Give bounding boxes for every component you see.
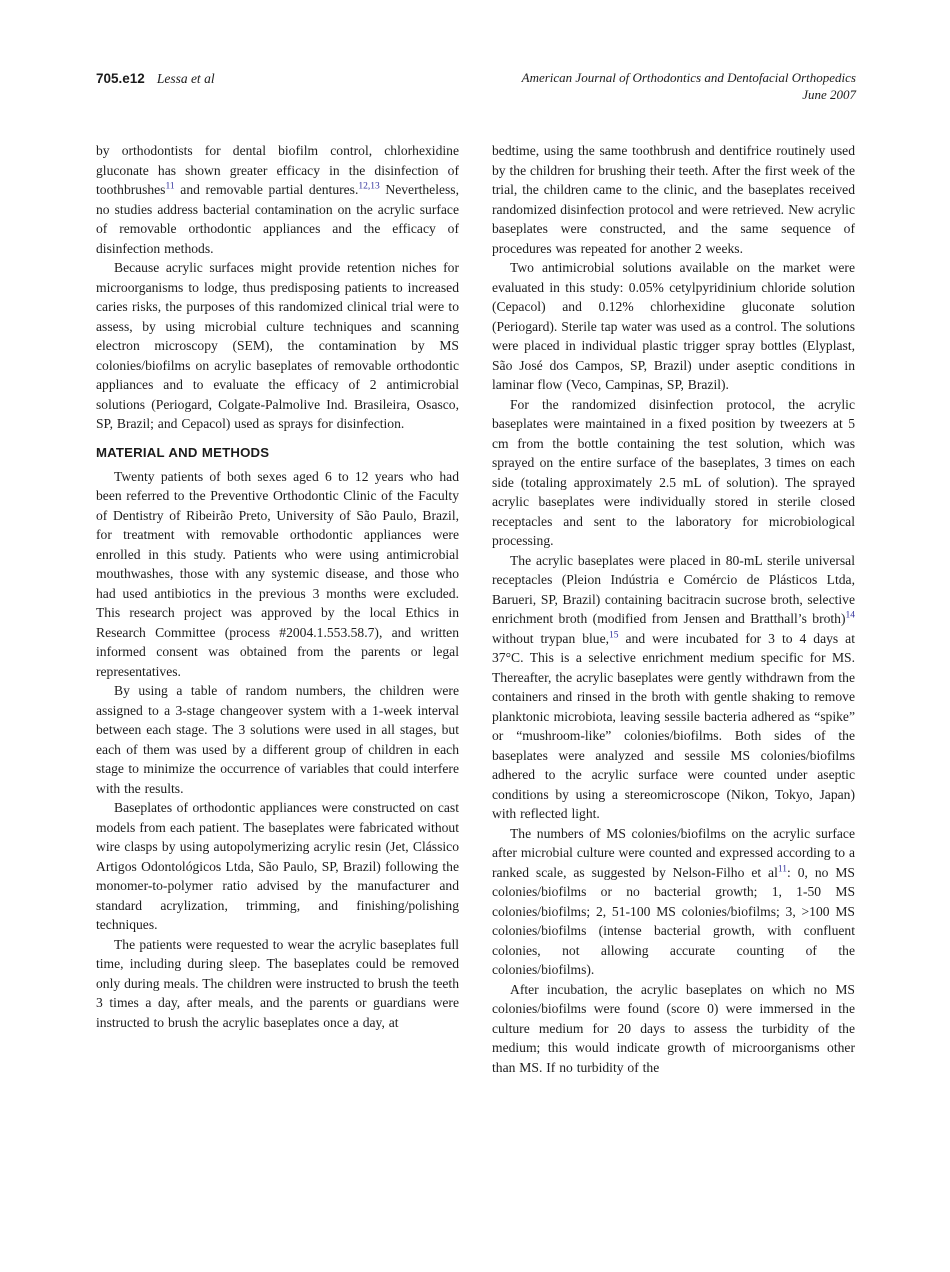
text-run: and were incubated for 3 to 4 days at 37… — [492, 631, 855, 822]
paragraph: The patients were requested to wear the … — [96, 935, 459, 1033]
section-heading: MATERIAL AND METHODS — [96, 445, 459, 460]
paragraph: Two antimicrobial solutions available on… — [492, 258, 855, 395]
text-run: Two antimicrobial solutions available on… — [492, 260, 855, 392]
citation-ref[interactable]: 12,13 — [358, 181, 379, 191]
paragraph: Because acrylic surfaces might provide r… — [96, 258, 459, 434]
text-run: without trypan blue, — [492, 631, 609, 646]
page-number: 705.e12 — [96, 71, 145, 86]
paragraph: by orthodontists for dental biofilm cont… — [96, 141, 459, 258]
text-run: Baseplates of orthodontic appliances wer… — [96, 800, 459, 932]
text-run: Twenty patients of both sexes aged 6 to … — [96, 469, 459, 679]
text-run: Because acrylic surfaces might provide r… — [96, 260, 459, 431]
text-run: By using a table of random numbers, the … — [96, 683, 459, 796]
text-run: For the randomized disinfection protocol… — [492, 397, 855, 549]
paragraph: For the randomized disinfection protocol… — [492, 395, 855, 551]
paragraph: bedtime, using the same toothbrush and d… — [492, 141, 855, 258]
text-run: The acrylic baseplates were placed in 80… — [492, 553, 855, 627]
citation-ref[interactable]: 11 — [778, 864, 787, 874]
citation-ref[interactable]: 15 — [609, 630, 619, 640]
running-authors: Lessa et al — [157, 71, 215, 86]
page-header-left: 705.e12Lessa et al — [96, 70, 215, 88]
document-page: 705.e12Lessa et al American Journal of O… — [0, 0, 950, 1272]
text-run: After incubation, the acrylic baseplates… — [492, 982, 855, 1075]
text-run: The patients were requested to wear the … — [96, 937, 459, 1030]
page-header-right: American Journal of Orthodontics and Den… — [522, 70, 856, 103]
article-column-left: by orthodontists for dental biofilm cont… — [96, 141, 459, 1032]
text-run: and removable partial dentures. — [175, 182, 359, 197]
paragraph: After incubation, the acrylic baseplates… — [492, 980, 855, 1078]
issue-date: June 2007 — [522, 87, 856, 104]
paragraph: Twenty patients of both sexes aged 6 to … — [96, 467, 459, 682]
citation-ref[interactable]: 11 — [165, 181, 174, 191]
text-run: bedtime, using the same toothbrush and d… — [492, 143, 855, 256]
journal-title: American Journal of Orthodontics and Den… — [522, 70, 856, 87]
paragraph: Baseplates of orthodontic appliances wer… — [96, 798, 459, 935]
paragraph: By using a table of random numbers, the … — [96, 681, 459, 798]
citation-ref[interactable]: 14 — [846, 610, 856, 620]
text-run: : 0, no MS colonies/biofilms or no bacte… — [492, 865, 855, 978]
article-column-right: bedtime, using the same toothbrush and d… — [492, 141, 855, 1077]
paragraph: The acrylic baseplates were placed in 80… — [492, 551, 855, 824]
paragraph: The numbers of MS colonies/biofilms on t… — [492, 824, 855, 980]
